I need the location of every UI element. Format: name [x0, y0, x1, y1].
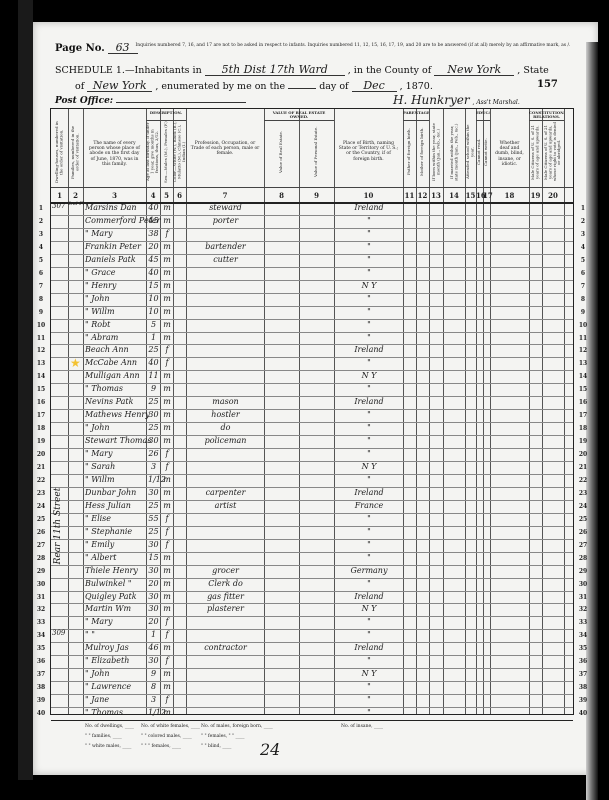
person-sex: m	[162, 501, 172, 510]
person-age: 40	[148, 358, 159, 367]
district-field: 5th Dist 17th Ward	[205, 64, 345, 76]
line-number-right: 30	[577, 581, 589, 588]
person-sex: m	[162, 423, 172, 432]
person-sex: m	[162, 255, 172, 264]
person-occupation: grocer	[188, 566, 263, 575]
column-number-6: 6	[173, 191, 186, 200]
post-office-line: Post Office:	[55, 97, 246, 106]
group-header-education: EDUCATION.	[476, 111, 490, 121]
line-number-left: 18	[35, 425, 47, 432]
person-sex: m	[162, 643, 172, 652]
person-sex: m	[162, 384, 172, 393]
person-birthplace: "	[336, 229, 402, 238]
person-occupation: contractor	[188, 643, 263, 652]
person-sex: m	[162, 436, 172, 445]
page-number-line: Page No. 63	[55, 42, 138, 54]
line-number-left: 4	[35, 244, 47, 251]
person-age: 30	[148, 592, 159, 601]
line-number-right: 7	[577, 283, 589, 290]
day-of-label: day of	[319, 81, 348, 92]
person-age: 30	[148, 604, 159, 613]
line-number-left: 25	[35, 516, 47, 523]
person-name: " Thomas	[85, 708, 145, 717]
group-header-constitutional: CONSTITUTIONAL RELATIONS.	[529, 111, 564, 121]
person-age: 9	[148, 384, 159, 393]
person-name: " Stephanie	[85, 527, 145, 536]
column-number-12: 12	[416, 191, 429, 200]
person-age: 30	[148, 488, 159, 497]
person-sex: m	[162, 371, 172, 380]
person-sex: m	[162, 294, 172, 303]
footer-families: " " families, ____	[85, 734, 122, 739]
person-sex: m	[162, 268, 172, 277]
person-age: 20	[148, 242, 159, 251]
person-sex: m	[162, 553, 172, 562]
person-occupation: porter	[188, 216, 263, 225]
person-occupation: artist	[188, 501, 263, 510]
line-number-right: 12	[577, 347, 589, 354]
person-age: 3	[148, 695, 159, 704]
person-sex: f	[162, 540, 172, 549]
person-sex: m	[162, 488, 172, 497]
line-number-left: 27	[35, 542, 47, 549]
line-number-right: 28	[577, 555, 589, 562]
line-number-left: 8	[35, 296, 47, 303]
person-sex: f	[162, 358, 172, 367]
line-number-right: 39	[577, 697, 589, 704]
footer-divider	[51, 720, 573, 721]
line-number-right: 3	[577, 231, 589, 238]
person-age: 1/12	[148, 708, 159, 717]
person-sex: m	[162, 579, 172, 588]
person-age: 25	[148, 527, 159, 536]
person-age: 3	[148, 462, 159, 471]
person-occupation: cutter	[188, 255, 263, 264]
month-field: Dec	[352, 80, 397, 92]
group-header-parentage: PARENTAGE.	[403, 111, 429, 121]
footer-insane: No. of insane, ____	[341, 724, 383, 729]
person-name: " Mary	[85, 449, 145, 458]
person-birthplace: N Y	[336, 604, 402, 613]
person-name: Thiele Henry	[85, 566, 145, 575]
person-name: McCabe Ann	[85, 358, 145, 367]
line-number-right: 25	[577, 516, 589, 523]
line-number-right: 40	[577, 710, 589, 717]
line-number-right: 22	[577, 477, 589, 484]
person-birthplace: "	[336, 617, 402, 626]
person-name: Stewart Thomas	[85, 436, 145, 445]
column-header-19: Male Citizens of U. S. of 21 years of ag…	[529, 121, 542, 185]
day-field	[288, 88, 316, 89]
person-age: 25	[148, 345, 159, 354]
person-sex: m	[162, 475, 172, 484]
person-sex: f	[162, 462, 172, 471]
page-label: Page No.	[55, 43, 105, 54]
page-annotation: 24	[260, 740, 280, 759]
column-header-17: Cannot write.	[483, 121, 490, 185]
person-name: Daniels Patk	[85, 255, 145, 264]
person-sex: m	[162, 203, 172, 212]
person-age: 40	[148, 268, 159, 277]
person-age: 55	[148, 514, 159, 523]
person-birthplace: "	[336, 358, 402, 367]
line-number-left: 37	[35, 671, 47, 678]
person-sex: f	[162, 630, 172, 639]
line-number-left: 17	[35, 412, 47, 419]
person-sex: m	[162, 397, 172, 406]
line-number-left: 20	[35, 451, 47, 458]
person-age: 40	[148, 203, 159, 212]
state-field: New York	[87, 80, 152, 92]
post-office-field	[116, 102, 246, 103]
line-number-right: 5	[577, 257, 589, 264]
line-number-left: 26	[35, 529, 47, 536]
person-sex: m	[162, 320, 172, 329]
column-number-16: 16	[476, 191, 483, 200]
footer-dwellings: No. of dwellings, ____	[85, 724, 134, 729]
line-number-right: 1	[577, 205, 589, 212]
person-birthplace: "	[336, 449, 402, 458]
column-number-5: 5	[160, 191, 173, 200]
person-occupation: steward	[188, 203, 263, 212]
line-number-left: 29	[35, 568, 47, 575]
person-occupation: Clerk do	[188, 579, 263, 588]
stamp-number: 157	[537, 80, 558, 90]
person-name: " Elizabeth	[85, 656, 145, 665]
person-name: Commerford Peter	[85, 216, 145, 225]
person-name: " Lawrence	[85, 682, 145, 691]
footer-white-females: No. of white females, ____	[141, 724, 200, 729]
person-birthplace: N Y	[336, 281, 402, 290]
of-label: of	[75, 81, 84, 92]
person-name: Mulroy Jas	[85, 643, 145, 652]
person-occupation: do	[188, 423, 263, 432]
person-birthplace: Germany	[336, 566, 402, 575]
person-birthplace: France	[336, 501, 402, 510]
column-divider	[564, 109, 565, 714]
person-name: " "	[85, 630, 145, 639]
line-number-left: 30	[35, 581, 47, 588]
person-birthplace: N Y	[336, 669, 402, 678]
person-sex: f	[162, 229, 172, 238]
column-number-1: 1	[51, 191, 68, 200]
column-header-1: Dwelling-houses, numbered in the order o…	[51, 121, 68, 185]
column-number-2: 2	[68, 191, 83, 200]
header-divider	[51, 187, 573, 188]
footer-blind: " " blind, ____	[201, 744, 231, 749]
person-age: 11	[148, 371, 159, 380]
person-name: " Abram	[85, 333, 145, 342]
person-birthplace: "	[336, 579, 402, 588]
person-age: 5	[148, 320, 159, 329]
line-number-right: 2	[577, 218, 589, 225]
person-name: Mathews Henry	[85, 410, 145, 419]
person-birthplace: "	[336, 384, 402, 393]
column-header-16: Cannot read.	[476, 121, 483, 185]
column-number-11: 11	[403, 191, 416, 200]
enumeration-line: of New York , enumerated by me on the da…	[75, 80, 433, 92]
person-sex: f	[162, 345, 172, 354]
column-header-3: The name of every person whose place of …	[83, 121, 146, 185]
person-name: Dunbar John	[85, 488, 145, 497]
column-header-18: Whether deaf and dumb, blind, insane, or…	[490, 121, 529, 185]
person-sex: m	[162, 307, 172, 316]
column-header-2: Families, numbered in the order of visit…	[68, 121, 83, 185]
line-number-right: 14	[577, 373, 589, 380]
column-header-14: If married within the year, state month …	[443, 121, 465, 185]
person-age: 30	[148, 540, 159, 549]
person-age: 45	[148, 255, 159, 264]
column-number-19: 19	[529, 191, 542, 200]
column-number-14: 14	[443, 191, 465, 200]
year-label: , 1870.	[400, 81, 433, 92]
person-occupation: bartender	[188, 242, 263, 251]
line-number-left: 35	[35, 645, 47, 652]
line-number-left: 34	[35, 632, 47, 639]
person-name: " Albert	[85, 553, 145, 562]
column-number-17: 17	[483, 191, 490, 200]
line-number-left: 7	[35, 283, 47, 290]
person-birthplace: N Y	[336, 371, 402, 380]
line-number-right: 13	[577, 360, 589, 367]
line-number-right: 35	[577, 645, 589, 652]
person-age: 9	[148, 669, 159, 678]
person-age: 1	[148, 630, 159, 639]
line-number-left: 10	[35, 322, 47, 329]
line-number-right: 18	[577, 425, 589, 432]
line-number-left: 39	[35, 697, 47, 704]
column-header-7: Profession, Occupation, or Trade of each…	[186, 121, 264, 185]
line-number-left: 11	[35, 335, 47, 342]
person-sex: m	[162, 410, 172, 419]
person-birthplace: "	[336, 423, 402, 432]
person-age: 26	[148, 449, 159, 458]
column-header-10: Place of Birth, naming State or Territor…	[334, 121, 403, 185]
line-number-right: 37	[577, 671, 589, 678]
person-name: Frankin Peter	[85, 242, 145, 251]
person-birthplace: "	[336, 320, 402, 329]
column-number-20: 20	[542, 191, 564, 200]
person-name: " Robt	[85, 320, 145, 329]
marshal-label: , Ass't Marshal.	[473, 99, 520, 106]
schedule-label: SCHEDULE 1.—Inhabitants in	[55, 65, 202, 76]
person-name: Nevins Patk	[85, 397, 145, 406]
enumerated-label: , enumerated by me on the	[155, 81, 285, 92]
line-number-left: 19	[35, 438, 47, 445]
person-birthplace: "	[336, 682, 402, 691]
footer-colored-males: " " colored males, ____	[141, 734, 192, 739]
marshal-signature: H. Hunkryer	[393, 93, 470, 107]
person-name: Beach Ann	[85, 345, 145, 354]
person-name: " Thomas	[85, 384, 145, 393]
line-number-left: 33	[35, 619, 47, 626]
person-age: 25	[148, 423, 159, 432]
line-number-right: 15	[577, 386, 589, 393]
line-number-left: 16	[35, 399, 47, 406]
column-number-8: 8	[264, 191, 299, 200]
person-age: 30	[148, 566, 159, 575]
person-age: 20	[148, 617, 159, 626]
person-sex: m	[162, 669, 172, 678]
person-birthplace: Ireland	[336, 643, 402, 652]
column-number-10: 10	[334, 191, 403, 200]
line-number-right: 9	[577, 309, 589, 316]
person-name: " John	[85, 294, 145, 303]
column-header-13: If born within the year, state month (Ja…	[429, 121, 443, 185]
column-number-18: 18	[490, 191, 529, 200]
person-birthplace: "	[336, 656, 402, 665]
person-birthplace: "	[336, 540, 402, 549]
person-age: 1/12	[148, 475, 159, 484]
person-birthplace: "	[336, 216, 402, 225]
marshal-line: H. Hunkryer , Ass't Marshal.	[393, 94, 520, 107]
county-label: , in the County of	[348, 65, 431, 76]
scan-left-border	[18, 0, 33, 780]
person-occupation: plasterer	[188, 604, 263, 613]
inquiries-note: Inquiries numbered 7, 16, and 17 are not…	[133, 44, 573, 49]
column-header-15: Attended school within the year.	[465, 121, 476, 185]
footer-females-foreign: " " females, " " ____	[201, 734, 245, 739]
person-occupation: gas fitter	[188, 592, 263, 601]
person-name: Quigley Patk	[85, 592, 145, 601]
schedule-line: SCHEDULE 1.—Inhabitants in 5th Dist 17th…	[55, 64, 549, 76]
line-number-right: 36	[577, 658, 589, 665]
line-number-left: 13	[35, 360, 47, 367]
footer-males-foreign: No. of males, foreign born, ____	[201, 724, 273, 729]
person-birthplace: Ireland	[336, 203, 402, 212]
dwelling-number: 307	[52, 202, 65, 210]
line-number-right: 38	[577, 684, 589, 691]
line-number-right: 34	[577, 632, 589, 639]
line-number-left: 24	[35, 503, 47, 510]
person-age: 20	[148, 579, 159, 588]
person-age: 30	[148, 656, 159, 665]
person-name: Martin Wm	[85, 604, 145, 613]
line-number-right: 6	[577, 270, 589, 277]
line-number-right: 32	[577, 606, 589, 613]
person-birthplace: "	[336, 514, 402, 523]
person-sex: m	[162, 333, 172, 342]
column-header-11: Father of foreign birth.	[403, 121, 416, 185]
person-sex: m	[162, 242, 172, 251]
line-number-right: 4	[577, 244, 589, 251]
line-number-left: 1	[35, 205, 47, 212]
person-sex: f	[162, 617, 172, 626]
line-number-left: 38	[35, 684, 47, 691]
line-number-left: 6	[35, 270, 47, 277]
line-number-right: 8	[577, 296, 589, 303]
line-number-left: 9	[35, 309, 47, 316]
line-number-left: 36	[35, 658, 47, 665]
person-name: " Henry	[85, 281, 145, 290]
person-sex: m	[162, 592, 172, 601]
line-number-right: 17	[577, 412, 589, 419]
column-header-5: Sex.—Males (M.), Females (F.)	[160, 121, 173, 185]
person-name: " Elise	[85, 514, 145, 523]
person-age: 25	[148, 397, 159, 406]
person-birthplace: "	[336, 553, 402, 562]
person-age: 8	[148, 682, 159, 691]
line-number-left: 12	[35, 347, 47, 354]
column-header-8: Value of Real Estate.	[264, 121, 299, 185]
person-sex: m	[162, 604, 172, 613]
line-number-left: 31	[35, 594, 47, 601]
person-sex: m	[162, 682, 172, 691]
person-name: " John	[85, 669, 145, 678]
column-header-12: Mother of foreign birth.	[416, 121, 429, 185]
person-age: 25	[148, 501, 159, 510]
person-birthplace: "	[336, 268, 402, 277]
footer-colored-females: " " " females, ____	[141, 744, 181, 749]
census-table: Dwelling-houses, numbered in the order o…	[50, 108, 574, 715]
person-sex: f	[162, 656, 172, 665]
person-name: Bulwinkel "	[85, 579, 145, 588]
dwelling-number: 309	[52, 629, 65, 637]
line-number-left: 3	[35, 231, 47, 238]
person-birthplace: Ireland	[336, 397, 402, 406]
line-number-right: 19	[577, 438, 589, 445]
line-number-right: 27	[577, 542, 589, 549]
person-name: " Willm	[85, 475, 145, 484]
post-office-label: Post Office:	[55, 96, 113, 106]
vertical-street-note: Rear 11th Street	[53, 409, 63, 564]
person-age: 46	[148, 643, 159, 652]
line-number-right: 20	[577, 451, 589, 458]
county-field: New York	[434, 64, 514, 76]
person-sex: f	[162, 514, 172, 523]
line-number-left: 5	[35, 257, 47, 264]
person-sex: m	[162, 281, 172, 290]
person-age: 30	[148, 436, 159, 445]
person-name: " Sarah	[85, 462, 145, 471]
person-sex: f	[162, 527, 172, 536]
column-header-4: Age at last birthday. If under 1 year, g…	[146, 121, 160, 185]
family-note: 2nd Fl	[68, 201, 84, 207]
line-number-right: 23	[577, 490, 589, 497]
state-label: , State	[517, 65, 548, 76]
line-number-right: 21	[577, 464, 589, 471]
line-number-left: 28	[35, 555, 47, 562]
person-birthplace: "	[336, 294, 402, 303]
person-age: 10	[148, 307, 159, 316]
line-number-right: 24	[577, 503, 589, 510]
column-number-13: 13	[429, 191, 443, 200]
line-number-left: 15	[35, 386, 47, 393]
person-name: " Emily	[85, 540, 145, 549]
column-header-20: Male Citizens of U. S. of 21 years of ag…	[542, 121, 564, 185]
favorite-star-icon[interactable]: ★	[70, 357, 81, 369]
person-birthplace: "	[336, 436, 402, 445]
column-number-4: 4	[146, 191, 160, 200]
group-header-description: DESCRIPTION.	[146, 111, 186, 121]
line-number-right: 26	[577, 529, 589, 536]
person-birthplace: "	[336, 475, 402, 484]
column-header-9: Value of Personal Estate.	[299, 121, 334, 185]
person-birthplace: "	[336, 333, 402, 342]
line-number-right: 11	[577, 335, 589, 342]
person-occupation: mason	[188, 397, 263, 406]
person-age: 1	[148, 333, 159, 342]
person-name: " Mary	[85, 617, 145, 626]
line-number-left: 2	[35, 218, 47, 225]
line-number-right: 29	[577, 568, 589, 575]
line-number-left: 14	[35, 373, 47, 380]
person-birthplace: "	[336, 695, 402, 704]
person-birthplace: Ireland	[336, 345, 402, 354]
line-number-right: 33	[577, 619, 589, 626]
person-age: 15	[148, 281, 159, 290]
column-number-3: 3	[83, 191, 146, 200]
